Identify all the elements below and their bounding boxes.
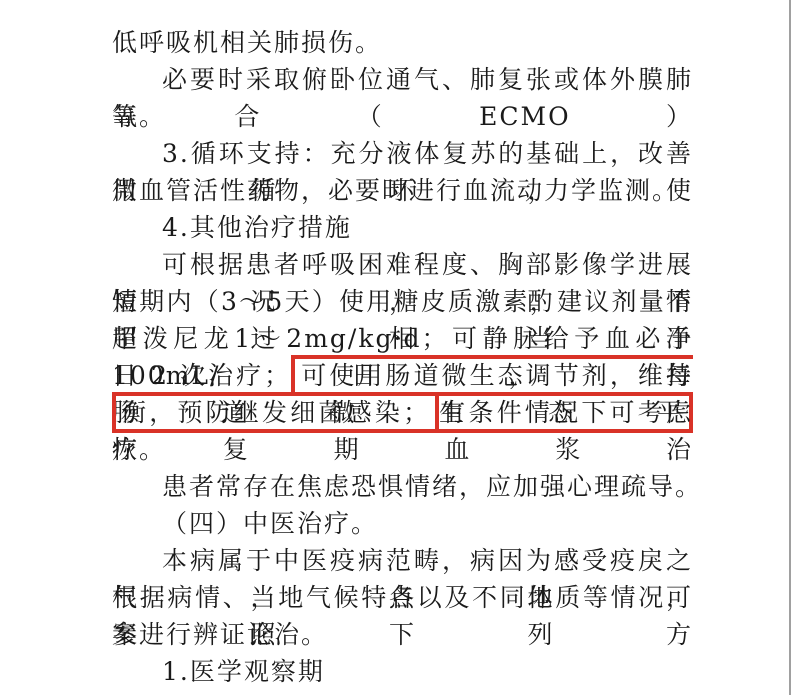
text-line: 必要时采取俯卧位通气、肺复张或体外膜肺氧合（ECMO） bbox=[112, 61, 693, 98]
page-edge-line bbox=[789, 0, 791, 695]
text-line: 可根据患者呼吸困难程度、胸部影像学进展情况，酌情 bbox=[112, 246, 693, 283]
text-line: 1.医学观察期 bbox=[112, 653, 693, 690]
text-line: 日 2 次治疗；可使用肠道微生态调节剂，维持肠道微生态平 bbox=[112, 357, 693, 394]
highlighted-text: 衡，预防继发细菌感染； bbox=[112, 392, 439, 433]
section-heading: （四）中医治疗。 bbox=[112, 505, 693, 542]
text-line: 3.循环支持：充分液体复苏的基础上，改善微循环，使 bbox=[112, 135, 693, 172]
document-page: 低呼吸机相关肺损伤。 必要时采取俯卧位通气、肺复张或体外膜肺氧合（ECMO） 等… bbox=[0, 0, 794, 695]
text-line: 短期内（3～5天）使用糖皮质激素，建议剂量不超过相当于 bbox=[112, 283, 693, 320]
text-line: 用血管活性药物，必要时进行血流动力学监测。 bbox=[112, 172, 693, 209]
text-line: 甲泼尼龙1～2mg/kg·d；可静脉给予血必净 100mL/日，每 bbox=[112, 320, 693, 357]
text-line: 衡，预防继发细菌感染；有条件情况下可考虑恢复期血浆治 bbox=[112, 394, 693, 431]
text-line: 本病属于中医疫病范畴，病因为感受疫戾之气，各地可 bbox=[112, 542, 693, 579]
text-segment: 日 2 次治疗； bbox=[112, 361, 291, 390]
text-line: 低呼吸机相关肺损伤。 bbox=[112, 24, 693, 61]
text-line: 患者常存在焦虑恐惧情绪，应加强心理疏导。 bbox=[112, 468, 693, 505]
text-line: 根据病情、当地气候特点以及不同体质等情况，参照下列方 bbox=[112, 579, 693, 616]
document-text-column: 低呼吸机相关肺损伤。 必要时采取俯卧位通气、肺复张或体外膜肺氧合（ECMO） 等… bbox=[112, 24, 693, 690]
text-line: 4.其他治疗措施 bbox=[112, 209, 693, 246]
